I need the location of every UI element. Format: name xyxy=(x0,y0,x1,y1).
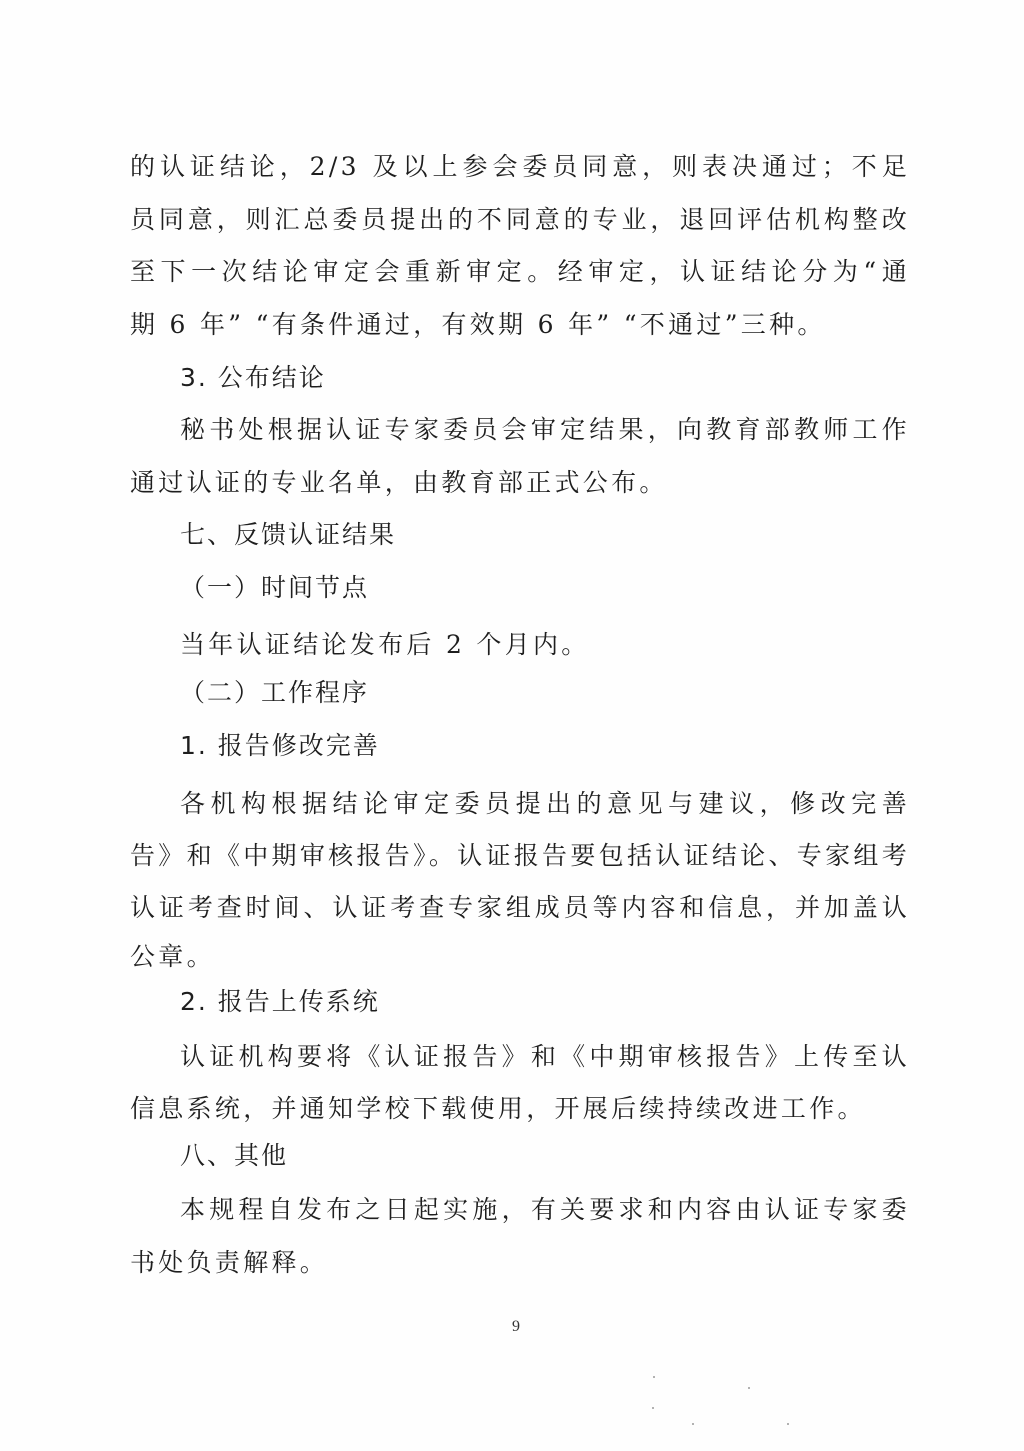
body-text-line: 公章。 xyxy=(130,942,910,972)
body-text-line: 至下一次结论审定会重新审定。经审定，认证结论分为“通过，有效 xyxy=(130,257,910,287)
section-heading: 七、反馈认证结果 xyxy=(180,520,910,550)
section-heading: 八、其他 xyxy=(180,1141,910,1171)
scan-speck xyxy=(653,1376,655,1378)
subsection-heading: （一）时间节点 xyxy=(180,573,910,603)
body-text-line: 告》和《中期审核报告》。认证报告要包括认证结论、专家组考查报告、 xyxy=(130,841,910,871)
body-text-line: 当年认证结论发布后 2 个月内。 xyxy=(180,630,910,660)
body-text-line: 秘书处根据认证专家委员会审定结果，向教育部教师工作司提交 xyxy=(180,415,910,445)
body-text-line: 认证考查时间、认证考查专家组成员等内容和信息，并加盖认证机构 xyxy=(130,893,910,923)
scan-speck xyxy=(787,1423,789,1425)
body-text-line: 各机构根据结论审定委员提出的意见与建议，修改完善《认证报 xyxy=(180,789,910,819)
page-number: 9 xyxy=(512,1318,520,1336)
body-text-line: 期 6 年” “有条件通过，有效期 6 年” “不通过”三种。 xyxy=(130,310,910,340)
subsection-heading: 2. 报告上传系统 xyxy=(180,987,910,1017)
body-text-line: 信息系统，并通知学校下载使用，开展后续持续改进工作。 xyxy=(130,1094,910,1124)
scan-speck xyxy=(652,1407,654,1409)
scan-speck xyxy=(748,1387,750,1389)
body-text-line: 书处负责解释。 xyxy=(130,1248,910,1278)
subsection-heading: 1. 报告修改完善 xyxy=(180,731,910,761)
body-text-line: 本规程自发布之日起实施，有关要求和内容由认证专家委员会秘 xyxy=(180,1195,910,1225)
body-text-line: 通过认证的专业名单，由教育部正式公布。 xyxy=(130,468,910,498)
body-text-line: 员同意，则汇总委员提出的不同意的专业，退回评估机构整改后，延 xyxy=(130,205,910,235)
body-text-line: 认证机构要将《认证报告》和《中期审核报告》上传至认证管理 xyxy=(180,1042,910,1072)
subsection-heading: （二）工作程序 xyxy=(180,678,910,708)
scan-speck xyxy=(692,1423,694,1425)
subsection-heading: 3. 公布结论 xyxy=(180,363,910,393)
body-text-line: 的认证结论，2/3 及以上参会委员同意，则表决通过；不足 2/3 参会委 xyxy=(130,152,910,182)
document-page: 的认证结论，2/3 及以上参会委员同意，则表决通过；不足 2/3 参会委 员同意… xyxy=(0,0,1024,1451)
